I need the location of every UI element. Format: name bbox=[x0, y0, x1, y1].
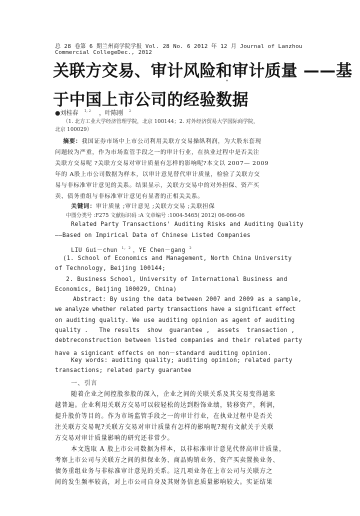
abstract-en-line3: on auditing quality. We use auditing opi… bbox=[55, 318, 295, 324]
abstract-cn-line6: 卖、债务重组与非标准审计意见有显著的正相关关系。 bbox=[55, 191, 204, 200]
section-heading-introduction: 一、引言 bbox=[71, 378, 97, 387]
intro-p1-line5: 方交易对审计质量影响的研究还非常少。 bbox=[55, 433, 174, 442]
keywords-en-line1: Key words: auditing quality; auditing op… bbox=[71, 358, 292, 364]
author1-affil-sup: 1, 2 bbox=[84, 109, 91, 113]
author2-en-sup: 2 bbox=[189, 246, 191, 250]
author2-name-en: YE Chen－gang bbox=[139, 248, 186, 254]
abstract-en-line1: Abstract: By using the data between 2007… bbox=[73, 297, 302, 303]
intro-p2-line3: 债务重组业务与非标准审计意见的关系。这几项业务在上市公司与关联方之 bbox=[55, 466, 273, 475]
affiliation-en-line3: 2. Business School, University of Intern… bbox=[66, 277, 287, 283]
title-footnote-mark: * bbox=[226, 79, 228, 84]
abstract-cn-line4: 年的 A股上市公司数据为样本，以审计意见替代审计质量，检验了关联方交 bbox=[55, 169, 260, 178]
document-page: 总 28 卷第 6 期兰州商学院学报 Vol. 28 No. 6 2012 年 … bbox=[0, 0, 360, 516]
abstract-cn-line3: 关联方交易呢 ?关联方交易对审计质量有怎样的影响呢?本文以 2007— 2009 bbox=[55, 158, 269, 167]
abstract-en-line6: have a signicant effects on non－standard… bbox=[55, 348, 271, 357]
affiliation-en-line1: (1. School of Economics and Management, … bbox=[63, 256, 292, 262]
journal-header-line1: 总 28 卷第 6 期兰州商学院学报 Vol. 28 No. 6 2012 年 … bbox=[55, 42, 302, 50]
affiliation-en-line4: Economics, Beijing 100029, China) bbox=[55, 287, 177, 293]
affiliation-cn-line1: （1. 北方工业大学经济管理学院，北京 100144；2. 对外经济贸易大学国际… bbox=[63, 118, 258, 125]
keywords-en-line2: transactions; related party guarantee bbox=[55, 368, 192, 374]
intro-p1-line3: 提升股价等目的。作为市场监管手段之一的审计行业，在执业过程中是否关 bbox=[55, 411, 273, 420]
abstract-cn-line5: 易与非标准审计意见的关系。结果显示，关联方交易中的对外担保、资产买 bbox=[55, 180, 260, 189]
english-title-line1: Related Party Transactions' Auditing Ris… bbox=[71, 222, 303, 228]
keywords-cn: 关键词：审计质量 ;审计意见 ;关联方交易 ;关联担保 bbox=[71, 201, 215, 210]
author1-en-sup: 1, 2 bbox=[122, 246, 131, 250]
intro-p1-line2: 越普遍。企业利用关联方交易可以较轻松的达到粉饰业绩，转移资产，利润， bbox=[55, 400, 279, 409]
paper-title-line1: 关联方交易、审计风险和审计质量 ——基 bbox=[53, 58, 352, 81]
journal-header-line2: Commercial CollegeDec., 2012 bbox=[55, 50, 152, 56]
abstract-cn-line2: 问题较为严重，作为市场监管手段之一的审计行业，在执业过程中是否关注 bbox=[55, 147, 260, 156]
author1-name-en: LIU Gui－chun bbox=[71, 248, 118, 254]
keywords-cn-label: 关键词： bbox=[71, 204, 96, 210]
authors-en: LIU Gui－chun1, 2，YE Chen－gang2 bbox=[71, 245, 192, 254]
intro-p1-line4: 注关联方交易呢?关联方交易对审计质量有怎样的影响呢?现有文献关于关联 bbox=[55, 422, 274, 431]
author2-affil-sup: 2 bbox=[129, 109, 131, 113]
english-title-line2: ——Based on Impirical Data of Chinese Lis… bbox=[55, 233, 251, 239]
author1-name: 刘桂春 bbox=[60, 110, 78, 117]
classification-line: 中图分类号 :F275 文献标识码 :A 文章编号 :1004-5465( 20… bbox=[66, 212, 245, 219]
abstract-cn-label: 摘要： bbox=[63, 139, 82, 145]
intro-p2-line1: 本文选取 A 股上市公司数据为样本，以非标准审计意见代替高审计质量， bbox=[71, 444, 286, 453]
intro-p2-line4: 间的发生频率较高，对上市公司自身及其财务信息质量影响较大。实证结果 bbox=[55, 477, 273, 486]
affiliation-en-line2: of Technology, Beijing 100144; bbox=[55, 266, 166, 272]
abstract-cn-line1: 摘要：我国证券市场中上市公司利用关联方交易操纵利润，为大股东套现 bbox=[63, 136, 261, 145]
paper-title-line2: 于中国上市公司的经验数据 bbox=[53, 87, 249, 110]
intro-p2-line2: 考察上市公司与关联方之间的担保业务、商品购销业务、资产买卖置换业务、 bbox=[55, 455, 279, 464]
intro-p1-line1: 随着企业之间控股参股的深入，企业之间的关联关系及其交易变得越来 bbox=[71, 389, 276, 398]
authors-cn: ●刘桂春1, 2，叶陈刚2 bbox=[55, 108, 131, 117]
abstract-en-line5: debtreconstruction between listed compan… bbox=[55, 338, 302, 344]
abstract-en-line4: quality . The results show guarantee , a… bbox=[55, 328, 295, 334]
affiliation-cn-line2: 北京 100029） bbox=[55, 126, 92, 133]
author2-name: 叶陈刚 bbox=[105, 110, 123, 117]
abstract-en-line2: we analyze whether related party transac… bbox=[55, 307, 296, 313]
